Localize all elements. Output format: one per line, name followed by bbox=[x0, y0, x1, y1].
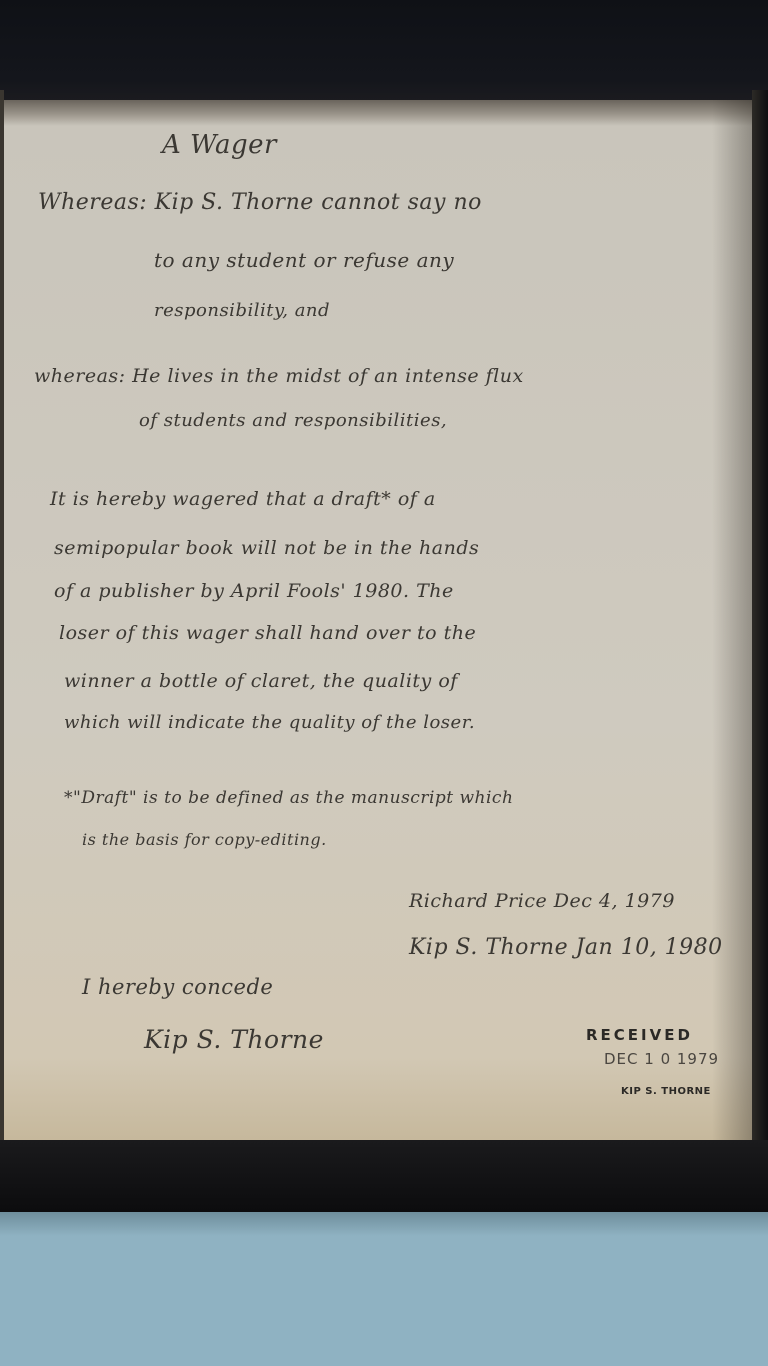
wager-line-4: loser of this wager shall hand over to t… bbox=[59, 622, 476, 644]
signature-kip-thorne: Kip S. Thorne Jan 10, 1980 bbox=[409, 935, 723, 960]
picture-frame-right bbox=[752, 90, 768, 1150]
wager-line-3: of a publisher by April Fools' 1980. The bbox=[54, 580, 454, 602]
whereas-line-2: to any student or refuse any bbox=[154, 248, 454, 272]
document-title: A Wager bbox=[162, 130, 277, 160]
received-stamp-date: DEC 1 0 1979 bbox=[604, 1050, 719, 1068]
wall-shadow bbox=[0, 1212, 768, 1236]
wager-line-6: which will indicate the quality of the l… bbox=[64, 712, 475, 733]
picture-frame-bottom bbox=[0, 1140, 768, 1212]
footnote-line-2: is the basis for copy-editing. bbox=[82, 830, 327, 849]
whereas-line-1: Whereas: Kip S. Thorne cannot say no bbox=[38, 190, 482, 215]
signature-richard-price: Richard Price Dec 4, 1979 bbox=[409, 890, 675, 912]
wager-line-2: semipopular book will not be in the hand… bbox=[54, 537, 479, 559]
received-stamp-name: KIP S. THORNE bbox=[621, 1086, 711, 1097]
wager-line-5: winner a bottle of claret, the quality o… bbox=[64, 670, 458, 692]
whereas2-line-1: whereas: He lives in the midst of an int… bbox=[34, 365, 524, 387]
received-stamp-label: RECEIVED bbox=[586, 1026, 693, 1044]
wager-document: A Wager Whereas: Kip S. Thorne cannot sa… bbox=[4, 100, 752, 1140]
wager-line-1: It is hereby wagered that a draft* of a bbox=[50, 488, 436, 510]
footnote-line-1: *"Draft" is to be defined as the manuscr… bbox=[64, 788, 513, 808]
whereas-line-3: responsibility, and bbox=[154, 300, 330, 321]
concession-signature: Kip S. Thorne bbox=[144, 1025, 324, 1054]
concession-text: I hereby concede bbox=[82, 975, 273, 999]
whereas2-line-2: of students and responsibilities, bbox=[139, 410, 447, 431]
picture-frame-top bbox=[0, 0, 768, 100]
